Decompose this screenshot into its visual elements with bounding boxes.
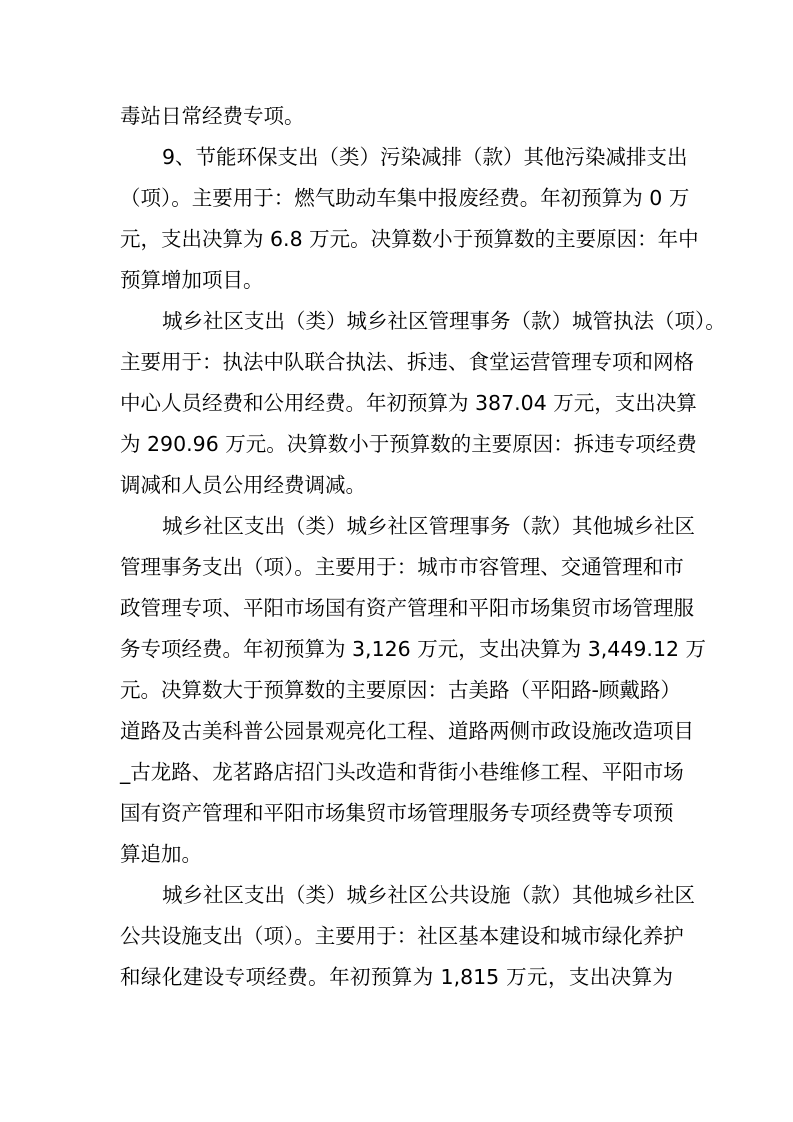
text-line: 预算增加项目。 [120,260,673,301]
text-line: 道路及古美科普公园景观亮化工程、道路两侧市政设施改造项目 [120,711,673,752]
text-line: 务专项经费。年初预算为 3,126 万元，支出决算为 3,449.12 万 [120,629,673,670]
text-line: 算追加。 [120,834,673,875]
document-page: 毒站日常经费专项。 9、节能环保支出（类）污染减排（款）其他污染减排支出 （项）… [120,96,673,998]
paragraph-continuation: 毒站日常经费专项。 [120,96,673,137]
paragraph-other-community-facilities: 城乡社区支出（类）城乡社区公共设施（款）其他城乡社区 公共设施支出（项）。主要用… [120,875,673,998]
text-line: 国有资产管理和平阳市场集贸市场管理服务专项经费等专项预 [120,793,673,834]
paragraph-item-9-pollution-reduction: 9、节能环保支出（类）污染减排（款）其他污染减排支出 （项）。主要用于：燃气助动… [120,137,673,301]
text-line: 为 290.96 万元。决算数小于预算数的主要原因：拆违专项经费 [120,424,673,465]
text-line: 调减和人员公用经费调减。 [120,465,673,506]
paragraph-urban-enforcement: 城乡社区支出（类）城乡社区管理事务（款）城管执法（项）。 主要用于：执法中队联合… [120,301,673,506]
text-line: 管理事务支出（项）。主要用于：城市市容管理、交通管理和市 [120,547,673,588]
text-line: 毒站日常经费专项。 [120,96,673,137]
text-line: 公共设施支出（项）。主要用于：社区基本建设和城市绿化养护 [120,916,673,957]
paragraph-other-community-management: 城乡社区支出（类）城乡社区管理事务（款）其他城乡社区 管理事务支出（项）。主要用… [120,506,673,875]
text-line: _古龙路、龙茗路店招门头改造和背街小巷维修工程、平阳市场 [120,752,673,793]
text-line: 9、节能环保支出（类）污染减排（款）其他污染减排支出 [120,137,673,178]
text-line: 元。决算数大于预算数的主要原因：古美路（平阳路-顾戴路） [120,670,673,711]
text-line: 中心人员经费和公用经费。年初预算为 387.04 万元，支出决算 [120,383,673,424]
text-line: 城乡社区支出（类）城乡社区管理事务（款）城管执法（项）。 [120,301,673,342]
text-line: 主要用于：执法中队联合执法、拆违、食堂运营管理专项和网格 [120,342,673,383]
text-line: 城乡社区支出（类）城乡社区管理事务（款）其他城乡社区 [120,506,673,547]
text-line: 元，支出决算为 6.8 万元。决算数小于预算数的主要原因：年中 [120,219,673,260]
text-line: 城乡社区支出（类）城乡社区公共设施（款）其他城乡社区 [120,875,673,916]
text-line: 和绿化建设专项经费。年初预算为 1,815 万元，支出决算为 [120,957,673,998]
text-line: （项）。主要用于：燃气助动车集中报废经费。年初预算为 0 万 [120,178,673,219]
text-line: 政管理专项、平阳市场国有资产管理和平阳市场集贸市场管理服 [120,588,673,629]
